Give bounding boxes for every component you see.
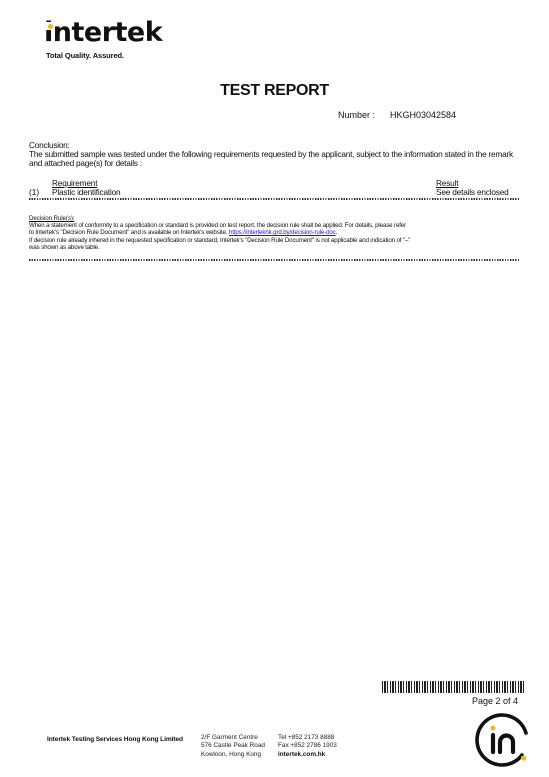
decision-rule-line-2-suffix: . <box>336 229 338 236</box>
footer-address-line: 576 Castle Peak Road <box>201 742 265 750</box>
asterisk-divider <box>29 198 519 200</box>
footer-tel: Tel +852 2173 8888 <box>278 734 337 742</box>
decision-rule-line-2-text: to Intertek's "Decision Rule Document" a… <box>29 229 227 236</box>
footer-address-line: Kowloon, Hong Kong <box>201 751 265 759</box>
table-row-result: See details enclosed <box>436 187 509 197</box>
asterisk-divider <box>29 259 519 261</box>
report-number-label: Number : <box>338 110 390 120</box>
logo-tagline: Total Quality. Assured. <box>46 51 124 60</box>
decision-rule-text: When a statement of conformity to a spec… <box>29 222 521 252</box>
decision-rule-line-2: to Intertek's "Decision Rule Document" a… <box>29 229 521 236</box>
report-title: TEST REPORT <box>0 82 549 100</box>
decision-rule-line-3: If decision rule already inhered in the … <box>29 237 521 244</box>
intertek-logo: intertek Total Quality. Assured. <box>44 21 164 63</box>
footer-company-name: Intertek Testing Services Hong Kong Limi… <box>47 736 183 743</box>
conclusion-text: The submitted sample was tested under th… <box>29 150 524 168</box>
conclusion-section: Conclusion: The submitted sample was tes… <box>29 141 524 168</box>
intertek-in-badge-icon <box>474 711 532 769</box>
footer-website: intertek.com.hk <box>278 751 337 759</box>
decision-rule-line-4: was shown as above table. <box>29 244 521 251</box>
page-indicator: Page 2 of 4 <box>472 696 518 706</box>
footer-fax: Fax +852 2786 1903 <box>278 742 337 750</box>
barcode-icon <box>382 681 524 693</box>
footer-address-line: 2/F Garment Centre <box>201 734 265 742</box>
footer-contact: Tel +852 2173 8888 Fax +852 2786 1903 in… <box>278 734 337 759</box>
decision-rule-line-1: When a statement of conformity to a spec… <box>29 222 521 229</box>
table-row-index: (1) <box>29 187 39 197</box>
report-number: Number :HKGH03042584 <box>338 110 456 120</box>
report-number-value: HKGH03042584 <box>390 110 456 120</box>
decision-rule-link[interactable]: https://intertekhk.grd.by/decision-rule-… <box>229 229 336 236</box>
footer-address: 2/F Garment Centre 576 Castle Peak Road … <box>201 734 265 759</box>
logo-wordmark: intertek <box>44 17 162 49</box>
logo-accent-dot-icon <box>48 24 53 29</box>
decision-rule-heading: Decision Rule(s): <box>29 215 74 222</box>
table-row-requirement: Plastic identification <box>52 187 120 197</box>
